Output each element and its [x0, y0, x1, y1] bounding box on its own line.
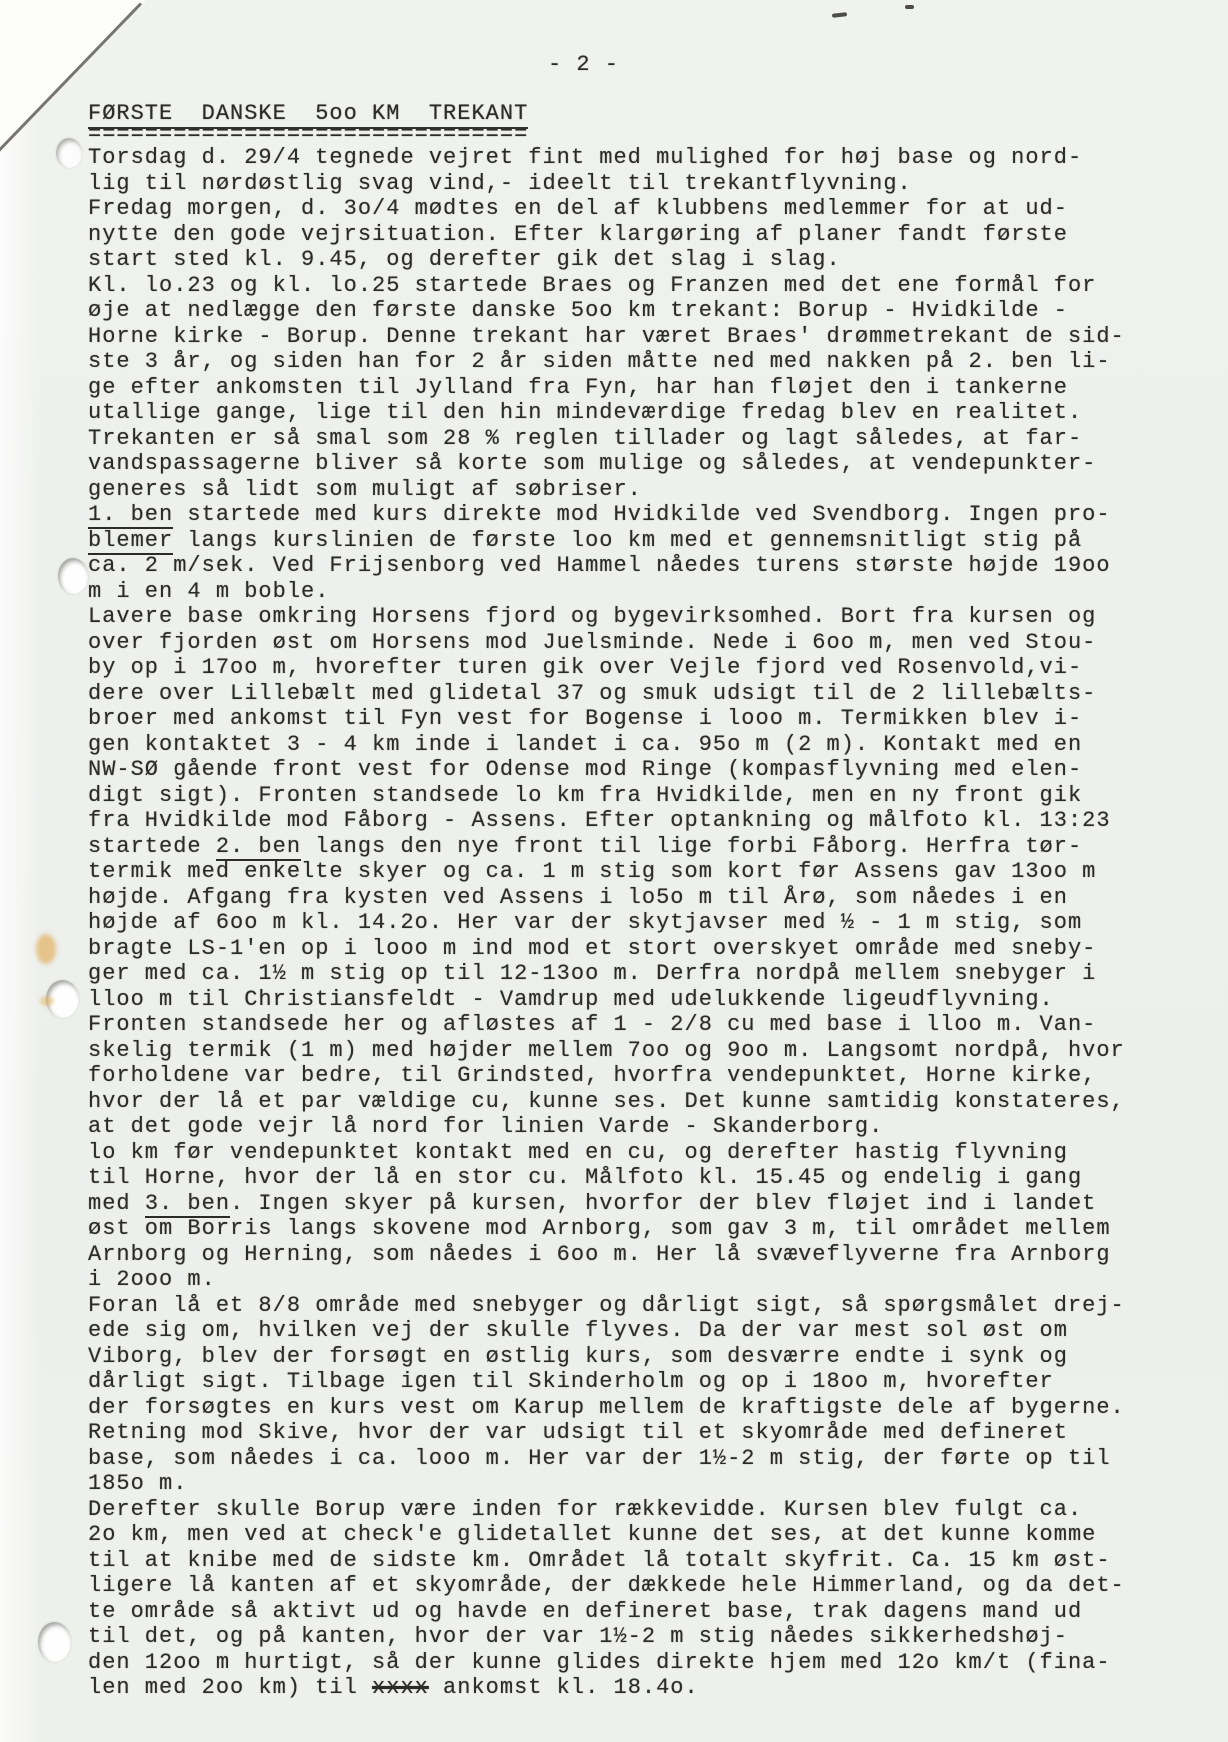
text-line: termik med enkelte skyer og ca. 1 m stig…	[88, 859, 1198, 885]
text-line: nytte den gode vejrsituation. Efter klar…	[88, 222, 1198, 248]
text-line: ge efter ankomsten til Jylland fra Fyn, …	[88, 375, 1198, 401]
text-line: digt sigt). Fronten standsede lo km fra …	[88, 783, 1198, 809]
text-line: dere over Lillebælt med glidetal 37 og s…	[88, 681, 1198, 707]
document-title-block: FØRSTE DANSKE 5oo KM TREKANT ===========…	[88, 101, 528, 144]
text-line: den 12oo m hurtigt, så der kunne glides …	[88, 1650, 1198, 1676]
text-line: højde. Afgang fra kysten ved Assens i lo…	[88, 885, 1198, 911]
text-line: len med 2oo km) til xxxx ankomst kl. 18.…	[88, 1675, 1198, 1701]
text-line: te område så aktivt ud og havde en defin…	[88, 1599, 1198, 1625]
punch-hole	[56, 138, 82, 168]
text-line: dårligt sigt. Tilbage igen til Skinderho…	[88, 1369, 1198, 1395]
scan-speck	[832, 12, 847, 18]
text-line: Kl. lo.23 og kl. lo.25 startede Braes og…	[88, 273, 1198, 299]
text-line: med 3. ben. Ingen skyer på kursen, hvorf…	[88, 1191, 1198, 1217]
text-line: by op i 17oo m, hvorefter turen gik over…	[88, 655, 1198, 681]
scan-speck	[905, 5, 914, 9]
text-line: forholdene var bedre, til Grindsted, hvo…	[88, 1063, 1198, 1089]
text-line: lo km før vendepunktet kontakt med en cu…	[88, 1140, 1198, 1166]
scan-left-edge	[0, 0, 42, 1742]
text-line: bragte LS-1'en op i looo m ind mod et st…	[88, 936, 1198, 962]
text-line: til det, og på kanten, hvor der var 1½-2…	[88, 1624, 1198, 1650]
text-line: Arnborg og Herning, som nåedes i 6oo m. …	[88, 1242, 1198, 1268]
text-line: hvor der lå et par vældige cu, kunne ses…	[88, 1089, 1198, 1115]
text-line: gen kontaktet 3 - 4 km inde i landet i c…	[88, 732, 1198, 758]
text-line: broer med ankomst til Fyn vest for Bogen…	[88, 706, 1198, 732]
punch-hole	[58, 558, 88, 594]
text-line: der forsøgtes en kurs vest om Karup mell…	[88, 1395, 1198, 1421]
text-line: m i en 4 m boble.	[88, 579, 1198, 605]
page-number: - 2 -	[548, 52, 619, 77]
text-line: højde af 6oo m kl. 14.2o. Her var der sk…	[88, 910, 1198, 936]
text-line: generes så lidt som muligt af søbriser.	[88, 477, 1198, 503]
text-line: base, som nåedes i ca. looo m. Her var d…	[88, 1446, 1198, 1472]
text-line: i 2ooo m.	[88, 1267, 1198, 1293]
text-line: Viborg, blev der forsøgt en østlig kurs,…	[88, 1344, 1198, 1370]
text-line: 1. ben startede med kurs direkte mod Hvi…	[88, 502, 1198, 528]
text-line: Torsdag d. 29/4 tegnede vejret fint med …	[88, 145, 1198, 171]
text-line: vandspassagerne bliver så korte som muli…	[88, 451, 1198, 477]
text-line: til Horne, hvor der lå en stor cu. Målfo…	[88, 1165, 1198, 1191]
paper-stain	[36, 934, 56, 964]
text-line: øst om Borris langs skovene mod Arnborg,…	[88, 1216, 1198, 1242]
text-line: Trekanten er så smal som 28 % reglen til…	[88, 426, 1198, 452]
text-line: ste 3 år, og siden han for 2 år siden må…	[88, 349, 1198, 375]
text-line: Fronten standsede her og afløstes af 1 -…	[88, 1012, 1198, 1038]
text-line: lig til nørdøstlig svag vind,- ideelt ti…	[88, 171, 1198, 197]
document-page: - 2 - FØRSTE DANSKE 5oo KM TREKANT =====…	[0, 0, 1228, 1742]
text-line: startede 2. ben langs den nye front til …	[88, 834, 1198, 860]
text-line: NW-SØ gående front vest for Odense mod R…	[88, 757, 1198, 783]
text-line: at det gode vejr lå nord for linien Vard…	[88, 1114, 1198, 1140]
text-line: øje at nedlægge den første danske 5oo km…	[88, 298, 1198, 324]
text-line: 185o m.	[88, 1471, 1198, 1497]
text-line: Derefter skulle Borup være inden for ræk…	[88, 1497, 1198, 1523]
text-line: Horne kirke - Borup. Denne trekant har v…	[88, 324, 1198, 350]
text-line: Foran lå et 8/8 område med snebyger og d…	[88, 1293, 1198, 1319]
text-line: start sted kl. 9.45, og derefter gik det…	[88, 247, 1198, 273]
text-line: ger med ca. 1½ m stig op til 12-13oo m. …	[88, 961, 1198, 987]
text-line: Retning mod Skive, hvor der var udsigt t…	[88, 1420, 1198, 1446]
text-line: 2o km, men ved at check'e glidetallet ku…	[88, 1522, 1198, 1548]
text-line: Lavere base omkring Horsens fjord og byg…	[88, 604, 1198, 630]
text-line: ligere lå kanten af et skyområde, der dæ…	[88, 1573, 1198, 1599]
text-line: fra Hvidkilde mod Fåborg - Assens. Efter…	[88, 808, 1198, 834]
text-line: til at knibe med de sidste km. Området l…	[88, 1548, 1198, 1574]
text-line: Fredag morgen, d. 3o/4 mødtes en del af …	[88, 196, 1198, 222]
text-line: skelig termik (1 m) med højder mellem 7o…	[88, 1038, 1198, 1064]
title-double-underline: ===============================	[88, 126, 528, 144]
text-line: utallige gange, lige til den hin mindevæ…	[88, 400, 1198, 426]
punch-hole	[38, 1622, 71, 1662]
text-line: ede sig om, hvilken vej der skulle flyve…	[88, 1318, 1198, 1344]
paper-stain	[40, 996, 54, 1006]
text-line: lloo m til Christiansfeldt - Vamdrup med…	[88, 987, 1198, 1013]
text-line: ca. 2 m/sek. Ved Frijsenborg ved Hammel …	[88, 553, 1198, 579]
text-line: over fjorden øst om Horsens mod Juelsmin…	[88, 630, 1198, 656]
text-line: blemer langs kurslinien de første loo km…	[88, 528, 1198, 554]
document-body: Torsdag d. 29/4 tegnede vejret fint med …	[88, 145, 1198, 1701]
